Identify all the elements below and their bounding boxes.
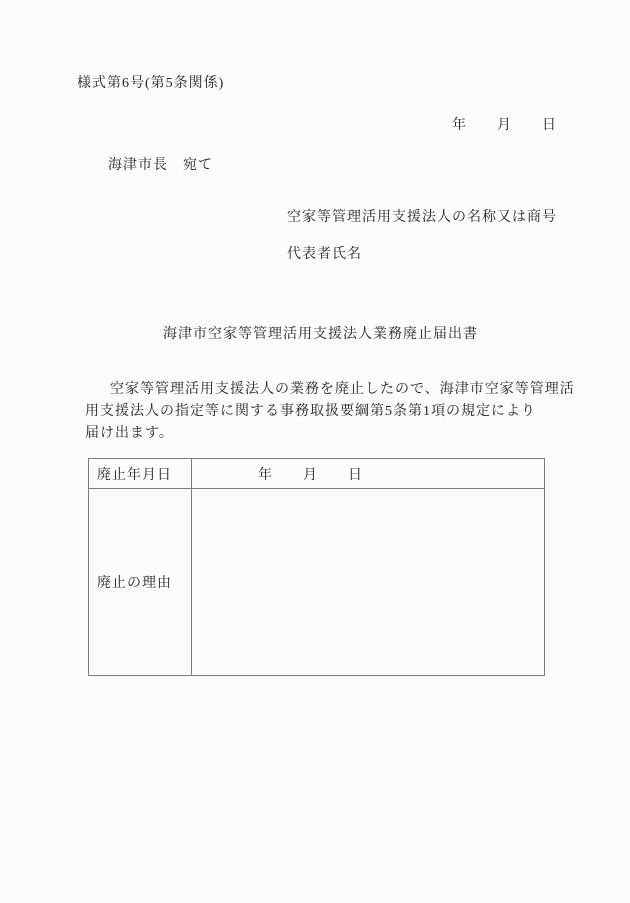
table-row-discontinuation-date: 廃止年月日 年 月 日	[89, 459, 544, 489]
body-line-3: 届け出ます。	[85, 423, 563, 445]
discontinuation-date-label: 廃止年月日	[89, 459, 192, 488]
addressee: 海津市長 宛て	[108, 156, 213, 176]
org-name-label: 空家等管理活用支援法人の名称又は商号	[287, 208, 557, 228]
discontinuation-date-value: 年 月 日	[192, 459, 544, 488]
representative-name-label: 代表者氏名	[287, 245, 362, 265]
document-page: 様式第6号(第5条関係) 年 月 日 海津市長 宛て 空家等管理活用支援法人の名…	[0, 0, 630, 903]
form-number: 様式第6号(第5条関係)	[77, 74, 224, 94]
document-title: 海津市空家等管理活用支援法人業務廃止届出書	[163, 325, 478, 345]
body-line-1: 空家等管理活用支援法人の業務を廃止したので、海津市空家等管理活	[85, 379, 563, 401]
discontinuation-reason-value	[192, 489, 544, 675]
date-line: 年 月 日	[452, 116, 557, 136]
discontinuation-table: 廃止年月日 年 月 日 廃止の理由	[88, 458, 545, 676]
discontinuation-reason-label: 廃止の理由	[89, 489, 192, 675]
body-line-2: 用支援法人の指定等に関する事務取扱要綱第5条第1項の規定により	[85, 401, 563, 423]
table-row-discontinuation-reason: 廃止の理由	[89, 489, 544, 675]
body-paragraph: 空家等管理活用支援法人の業務を廃止したので、海津市空家等管理活 用支援法人の指定…	[85, 379, 563, 445]
